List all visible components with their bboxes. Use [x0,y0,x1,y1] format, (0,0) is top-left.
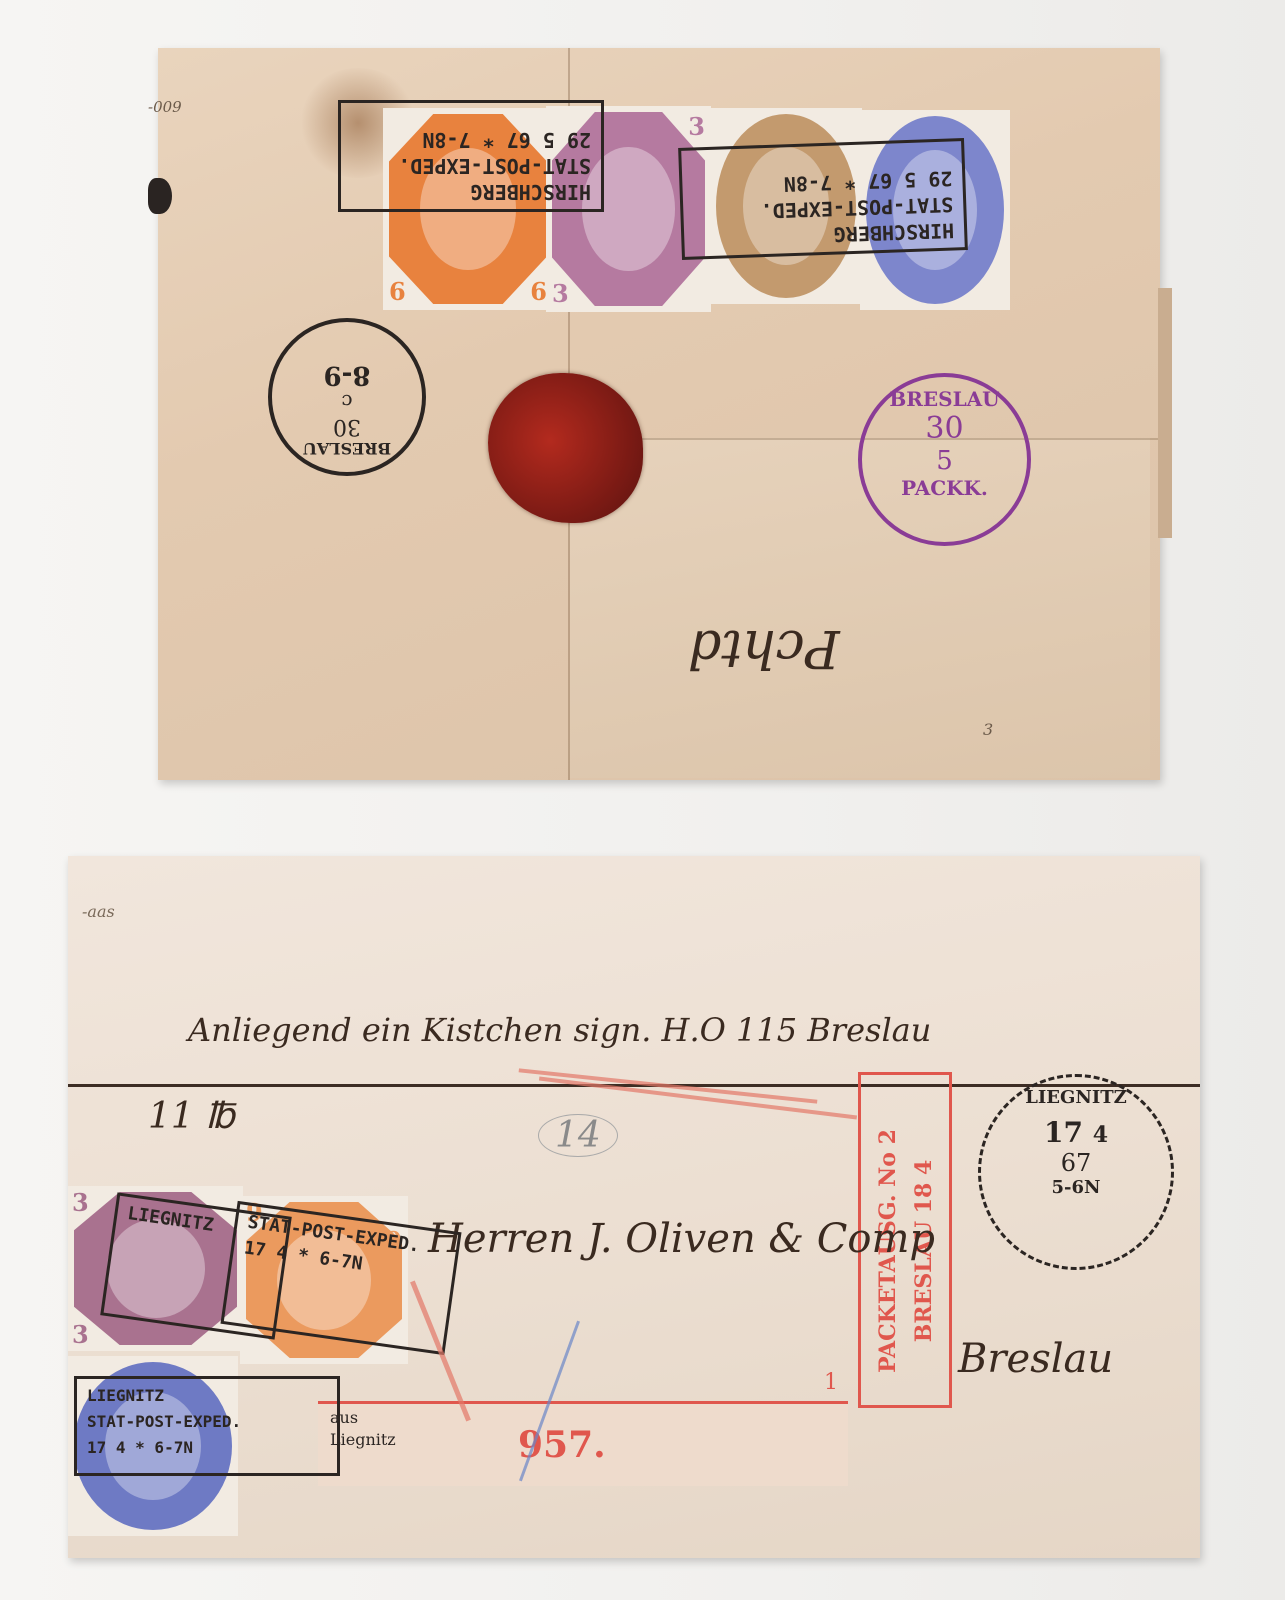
wax-seal [488,373,643,523]
circular-cancel-breslau-violet: BRESLAU 30 5 PACKK. [858,373,1031,546]
pencil-note: 3 [983,720,993,739]
envelope-flap [570,438,1150,778]
registration-label: aus Liegnitz 957. 1 [318,1401,848,1486]
box-cancel: HIRSCHBERG STAT-POST-EXPED. 29 5 67 * 7-… [678,138,968,260]
ink-blot [148,178,172,214]
pencil-circled-number: 14 [538,1114,618,1157]
box-cancel: LIEGNITZ STAT-POST-EXPED. 17 4 * 6-7N [74,1376,340,1476]
pencil-note: -aas [82,902,115,921]
handwritten-contents-line: Anliegend ein Kistchen sign. H.O 115 Bre… [188,1011,931,1049]
handwritten-notation: Pchtd [688,618,840,678]
addressee-name: Herren J. Oliven & Comp [428,1216,935,1262]
bottom-cover: -aas Anliegend ein Kistchen sign. H.O 11… [68,856,1200,1558]
top-cover: -009 6 6 3 3 HIRSCHBERG STAT-POST-EXPED.… [158,48,1160,780]
paper-tab [1158,288,1172,538]
weight-notation: 11 ℔ [148,1096,235,1137]
addressee-city: Breslau [958,1336,1113,1382]
circular-cancel-liegnitz: LIEGNITZ 17 4 67 5-6N [978,1074,1174,1270]
circular-cancel-breslau: BRESLAU 30 c 8-9 [268,318,426,476]
box-cancel: HIRSCHBERG STAT-POST-EXPED. 29 5 67 * 7-… [338,100,604,212]
pencil-note: -009 [148,98,182,116]
